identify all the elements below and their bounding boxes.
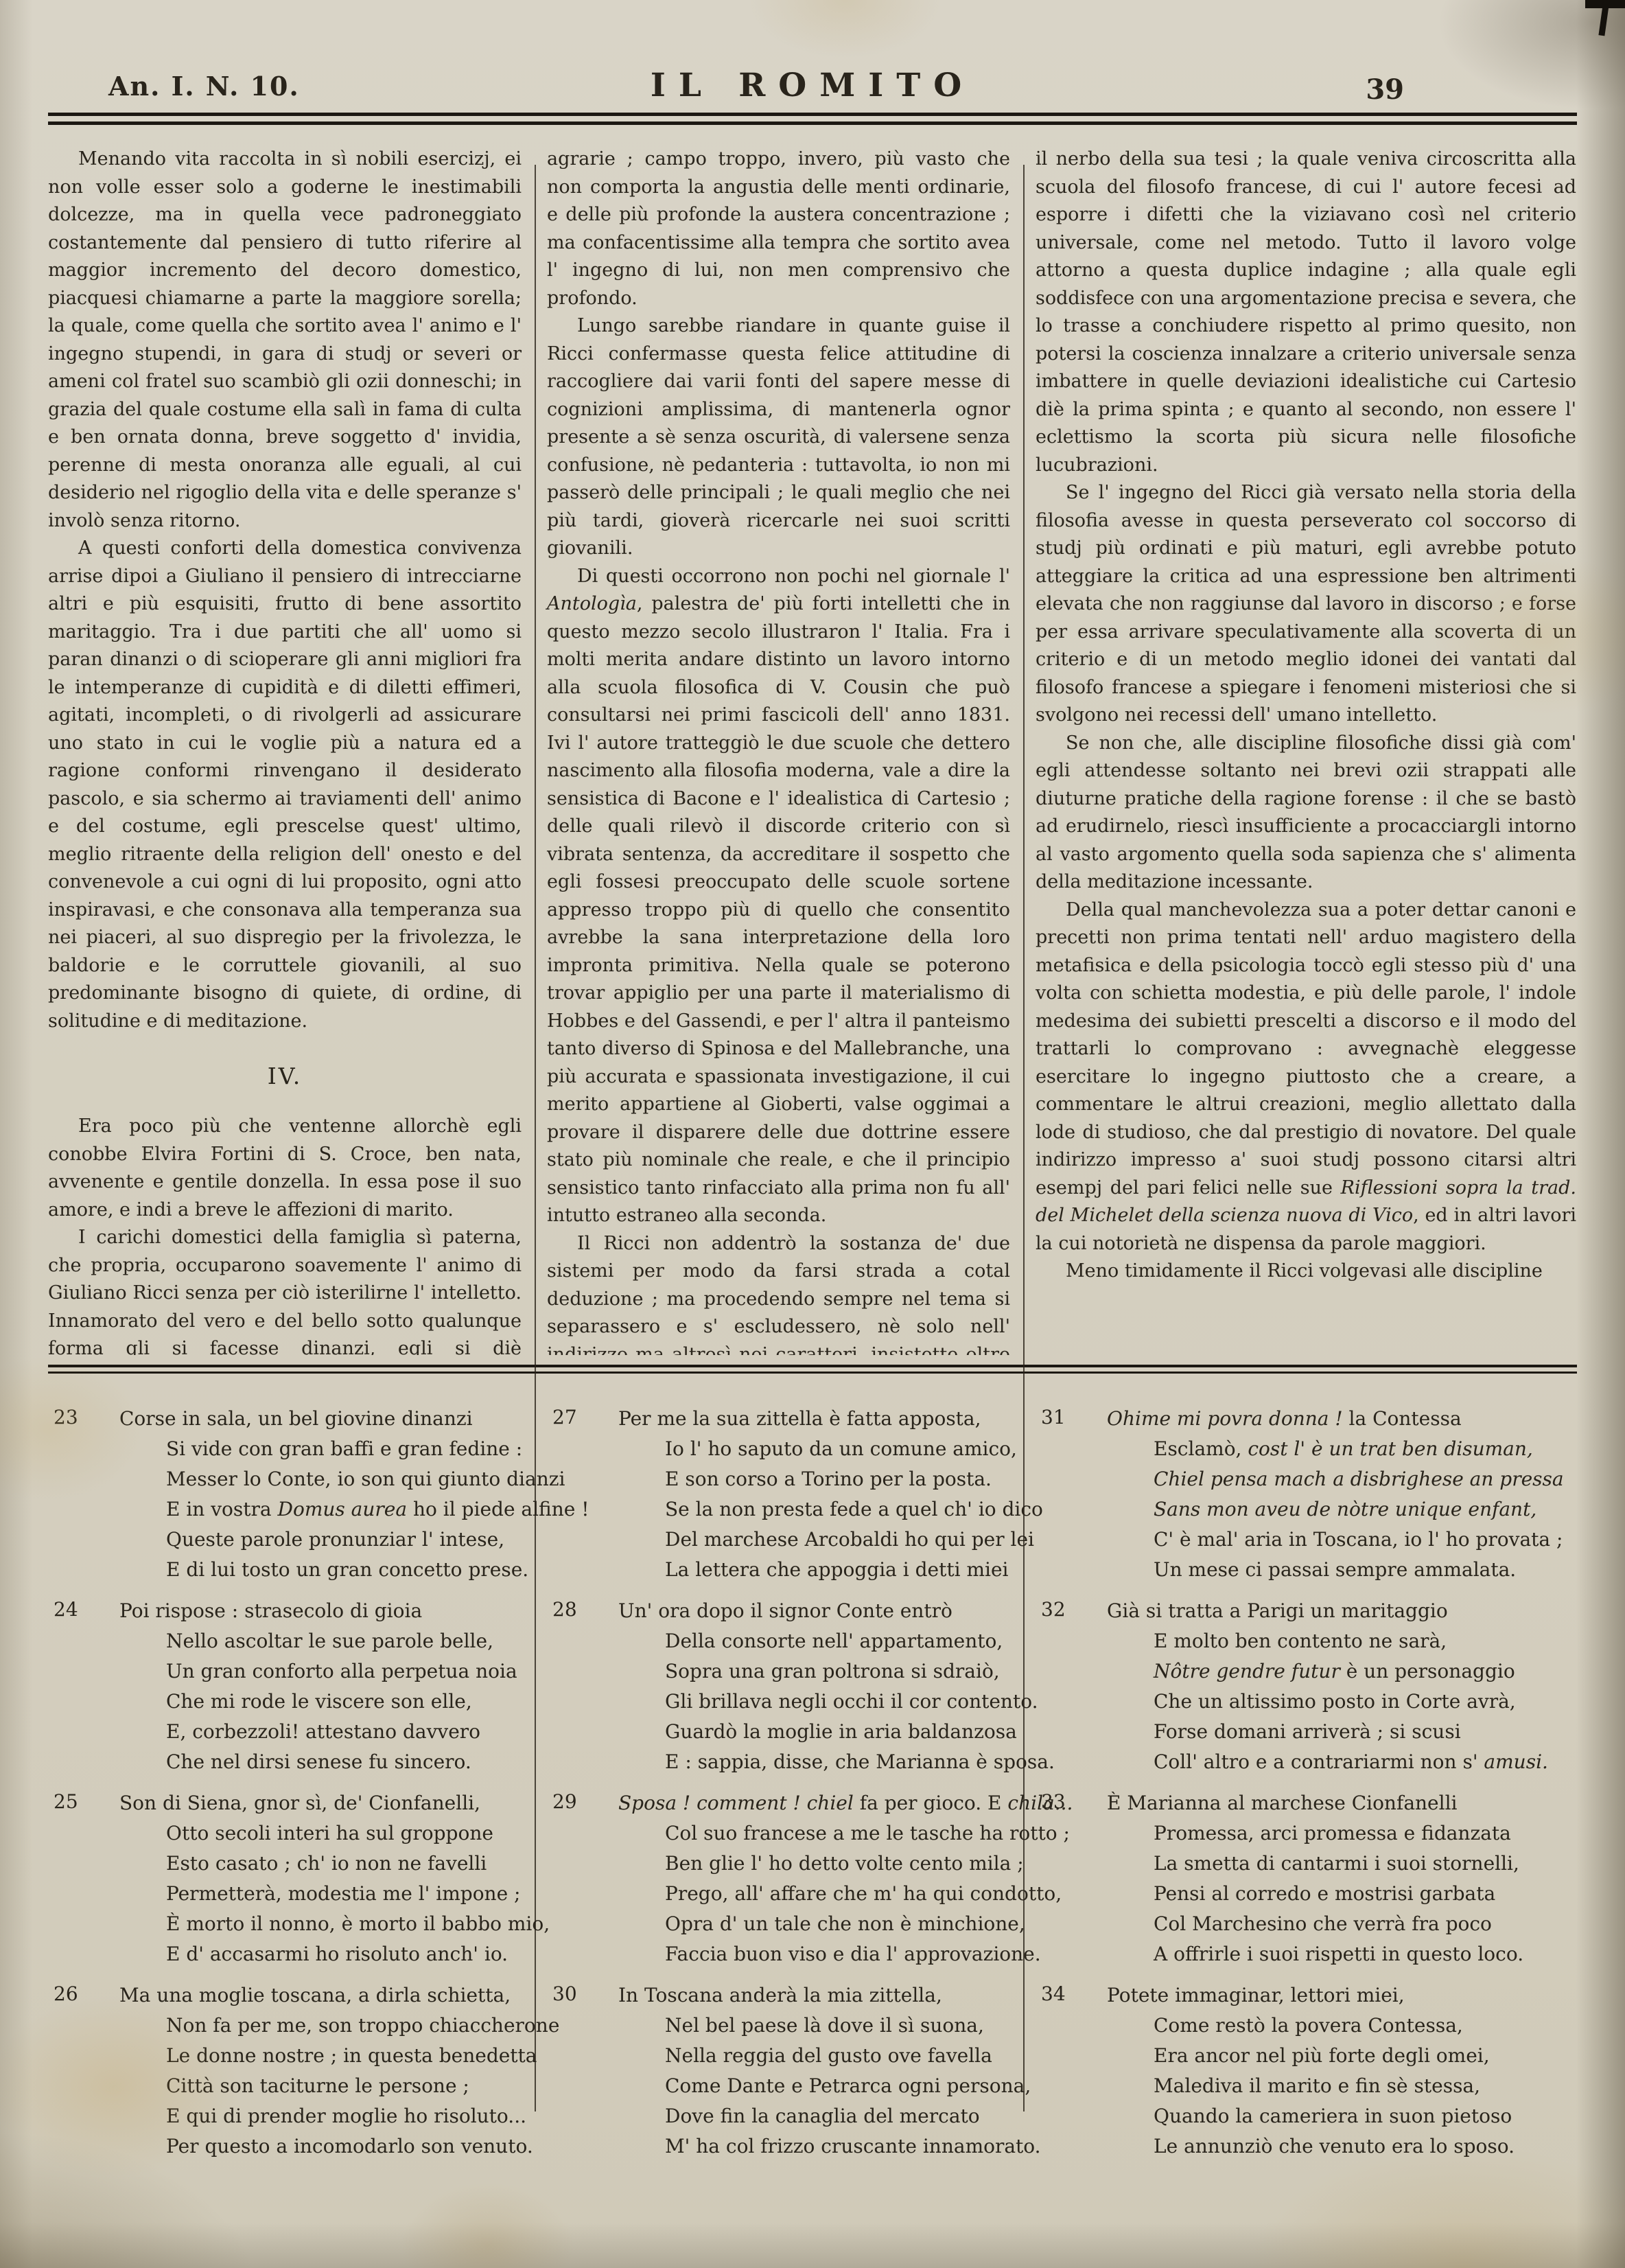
verse-line: La smetta di cantarmi i suoi stornelli, — [1154, 1849, 1576, 1879]
stanza: 32 Già si tratta a Parigi un maritaggio … — [1036, 1596, 1576, 1777]
verse-line: Sopra una gran poltrona si sdraiò, — [665, 1656, 1010, 1687]
verse-line: Guardò la moglie in aria baldanzosa — [665, 1717, 1010, 1747]
verse-line: Si vide con gran baffi e gran fedine : — [166, 1434, 522, 1464]
stanza-number: 24 — [54, 1598, 78, 1621]
verse-line: Ohime mi povra donna ! la Contessa — [1107, 1404, 1576, 1434]
stanza: 34 Potete immaginar, lettori miei, Come … — [1036, 1980, 1576, 2162]
verse-line: Nel bel paese là dove il sì suona, — [665, 2011, 1010, 2041]
verse-column-3: 31 Ohime mi povra donna ! la Contessa Es… — [1036, 1404, 1576, 2173]
newspaper-page: An. I. N. 10. IL ROMITO 39 Menando vita … — [0, 0, 1625, 2268]
verse-line: Per me la sua zittella è fatta apposta, — [618, 1404, 1010, 1434]
column-divider-right — [1023, 165, 1025, 2111]
verse-line: Già si tratta a Parigi un maritaggio — [1107, 1596, 1576, 1626]
verse-line: Permetterà, modestia me l' impone ; — [166, 1879, 522, 1909]
verse-line: Malediva il marito e fin sè stessa, — [1154, 2071, 1576, 2101]
stanza-number: 23 — [54, 1406, 78, 1428]
verse-line: Nella reggia del gusto ove favella — [665, 2041, 1010, 2071]
paragraph: Di questi occorrono non pochi nel giorna… — [547, 563, 1010, 1230]
verse-line: Sposa ! comment ! chiel fa per gioco. E … — [618, 1788, 1010, 1818]
italic-phrase: Nôtre gendre futur — [1154, 1660, 1340, 1682]
italic-phrase: cost l' è un trat ben disuman, — [1248, 1437, 1532, 1460]
verse-line: Chiel pensa mach a disbrighese an pressa — [1154, 1464, 1576, 1494]
verse-line: Per questo a incomodarlo son venuto. — [166, 2131, 522, 2162]
stanza: 26 Ma una moglie toscana, a dirla schiet… — [48, 1980, 522, 2162]
paragraph: Meno timidamente il Ricci volgevasi alle… — [1036, 1258, 1576, 1286]
paragraph: Se l' ingegno del Ricci già versato nell… — [1036, 479, 1576, 730]
verse-line: Che mi rode le viscere son elle, — [166, 1687, 522, 1717]
verse-line: È morto il nonno, è morto il babbo mio, — [166, 1909, 522, 1939]
verse-line: Esclamò, cost l' è un trat ben disuman, — [1154, 1434, 1576, 1464]
verse-line: Potete immaginar, lettori miei, — [1107, 1980, 1576, 2011]
prose-column-2: agrarie ; campo troppo, invero, più vast… — [547, 146, 1010, 1355]
verse-line: A offrirle i suoi rispetti in questo loc… — [1154, 1939, 1576, 1969]
verse-line: Messer lo Conte, io son qui giunto dianz… — [166, 1464, 522, 1494]
stanza: 31 Ohime mi povra donna ! la Contessa Es… — [1036, 1404, 1576, 1585]
stanza-number: 32 — [1041, 1598, 1066, 1621]
verse-line: M' ha col frizzo cruscante innamorato. — [665, 2131, 1010, 2162]
verse-line: Come restò la povera Contessa, — [1154, 2011, 1576, 2041]
verse-line: Che nel dirsi senese fu sincero. — [166, 1747, 522, 1777]
italic-phrase: Antologìa — [547, 593, 637, 614]
verse-line: Le donne nostre ; in questa benedetta — [166, 2041, 522, 2071]
column-divider-left — [535, 165, 536, 2111]
prose-column-1: Menando vita raccolta in sì nobili eserc… — [48, 146, 522, 1355]
verse-line: Io l' ho saputo da un comune amico, — [665, 1434, 1010, 1464]
page-content: An. I. N. 10. IL ROMITO 39 Menando vita … — [48, 40, 1577, 2173]
italic-phrase: Sposa ! comment ! chiel — [618, 1792, 860, 1814]
prose-column-3: il nerbo della sua tesi ; la quale veniv… — [1036, 146, 1576, 1355]
stanza-number: 30 — [552, 1982, 577, 2005]
page-number: 39 — [1366, 73, 1404, 106]
section-heading: IV. — [48, 1063, 522, 1089]
verse-column-1: 23 Corse in sala, un bel giovine dinanzi… — [48, 1404, 522, 2173]
masthead: An. I. N. 10. IL ROMITO 39 — [48, 40, 1577, 106]
stanza-number: 28 — [552, 1598, 577, 1621]
stanza: 25 Son di Siena, gnor sì, de' Cionfanell… — [48, 1788, 522, 1969]
verse-line: Nôtre gendre futur è un personaggio — [1154, 1656, 1576, 1687]
verse-line: Col suo francese a me le tasche ha rotto… — [665, 1818, 1010, 1849]
verse-line: Che un altissimo posto in Corte avrà, — [1154, 1687, 1576, 1717]
verse-line: Città son taciturne le persone ; — [166, 2071, 522, 2101]
paragraph: Era poco più che ventenne allorchè egli … — [48, 1113, 522, 1224]
verse-line: Promessa, arci promessa e fidanzata — [1154, 1818, 1576, 1849]
verse-line: Un mese ci passai sempre ammalata. — [1154, 1555, 1576, 1585]
paragraph: Il Ricci non addentrò la sostanza de' du… — [547, 1230, 1010, 1356]
verse-line: Un gran conforto alla perpetua noia — [166, 1656, 522, 1687]
verse-line: Pensi al corredo e mostrisi garbata — [1154, 1879, 1576, 1909]
verse-line: Son di Siena, gnor sì, de' Cionfanelli, — [119, 1788, 522, 1818]
verse-line: E qui di prender moglie ho risoluto... — [166, 2101, 522, 2131]
verse-line: Dove fin la canaglia del mercato — [665, 2101, 1010, 2131]
paragraph: il nerbo della sua tesi ; la quale veniv… — [1036, 146, 1576, 479]
stanza-number: 34 — [1041, 1982, 1066, 2005]
verse-line: Era ancor nel più forte degli omei, — [1154, 2041, 1576, 2071]
verse-line: La lettera che appoggia i detti miei — [665, 1555, 1010, 1585]
verse-line: Sans mon aveu de nòtre unique enfant, — [1154, 1494, 1576, 1525]
paragraph: Se non che, alle discipline filosofiche … — [1036, 730, 1576, 896]
section-rule — [48, 1365, 1577, 1374]
stanza: 28 Un' ora dopo il signor Conte entrò De… — [547, 1596, 1010, 1777]
verse-line: È Marianna al marchese Cionfanelli — [1107, 1788, 1576, 1818]
stanza-number: 29 — [552, 1790, 577, 1813]
verse-line: Poi rispose : strasecolo di gioia — [119, 1596, 522, 1626]
italic-phrase: Ohime mi povra donna ! — [1107, 1407, 1343, 1430]
verse-line: Se la non presta fede a quel ch' io dico — [665, 1494, 1010, 1525]
stanza-number: 25 — [54, 1790, 78, 1813]
verse-line: Corse in sala, un bel giovine dinanzi — [119, 1404, 522, 1434]
verse-line: Col Marchesino che verrà fra poco — [1154, 1909, 1576, 1939]
verse-line: Non fa per me, son troppo chiaccherone — [166, 2011, 522, 2041]
verse-line: Ben glie l' ho detto volte cento mila ; — [665, 1849, 1010, 1879]
verse-line: E molto ben contento ne sarà, — [1154, 1626, 1576, 1656]
verse-line: Ma una moglie toscana, a dirla schietta, — [119, 1980, 522, 2011]
stanza: 30 In Toscana anderà la mia zittella, Ne… — [547, 1980, 1010, 2162]
stanza-number: 27 — [552, 1406, 577, 1428]
verse-line: Faccia buon viso e dia l' approvazione. — [665, 1939, 1010, 1969]
prose-section: Menando vita raccolta in sì nobili eserc… — [48, 146, 1577, 1355]
verse-column-2: 27 Per me la sua zittella è fatta appost… — [547, 1404, 1010, 2173]
verse-line: Forse domani arriverà ; si scusi — [1154, 1717, 1576, 1747]
stanza: 24 Poi rispose : strasecolo di gioia Nel… — [48, 1596, 522, 1777]
stanza: 29 Sposa ! comment ! chiel fa per gioco.… — [547, 1788, 1010, 1969]
verse-line: E in vostra Domus aurea ho il piede alfi… — [166, 1494, 522, 1525]
paragraph: A questi conforti della domestica conviv… — [48, 535, 522, 1035]
paragraph: Della qual manchevolezza sua a poter det… — [1036, 896, 1576, 1258]
verse-line: Coll' altro e a contrariarmi non s' amus… — [1154, 1747, 1576, 1777]
verse-section: 23 Corse in sala, un bel giovine dinanzi… — [48, 1404, 1577, 2173]
paragraph: Lungo sarebbe riandare in quante guise i… — [547, 312, 1010, 563]
verse-line: Della consorte nell' appartamento, — [665, 1626, 1010, 1656]
stanza: 33 È Marianna al marchese Cionfanelli Pr… — [1036, 1788, 1576, 1969]
paragraph: agrarie ; campo troppo, invero, più vast… — [547, 146, 1010, 312]
verse-line: E di lui tosto un gran concetto prese. — [166, 1555, 522, 1585]
stanza-number: 33 — [1041, 1790, 1066, 1813]
verse-line: Le annunziò che venuto era lo sposo. — [1154, 2131, 1576, 2162]
verse-line: E, corbezzoli! attestano davvero — [166, 1717, 522, 1747]
stanza-number: 31 — [1041, 1406, 1066, 1428]
verse-line: E d' accasarmi ho risoluto anch' io. — [166, 1939, 522, 1969]
verse-line: C' è mal' aria in Toscana, io l' ho prov… — [1154, 1525, 1576, 1555]
verse-line: Nello ascoltar le sue parole belle, — [166, 1626, 522, 1656]
verse-line: Gli brillava negli occhi il cor contento… — [665, 1687, 1010, 1717]
verse-line: E : sappia, disse, che Marianna è sposa. — [665, 1747, 1010, 1777]
italic-phrase: amusi. — [1484, 1750, 1548, 1773]
verse-line: E son corso a Torino per la posta. — [665, 1464, 1010, 1494]
verse-line: Otto secoli interi ha sul groppone — [166, 1818, 522, 1849]
verse-line: Prego, all' affare che m' ha qui condott… — [665, 1879, 1010, 1909]
verse-line: Quando la cameriera in suon pietoso — [1154, 2101, 1576, 2131]
verse-line: In Toscana anderà la mia zittella, — [618, 1980, 1010, 2011]
verse-line: Un' ora dopo il signor Conte entrò — [618, 1596, 1010, 1626]
stanza: 23 Corse in sala, un bel giovine dinanzi… — [48, 1404, 522, 1585]
header-rule — [48, 113, 1577, 125]
italic-phrase: Domus aurea — [278, 1498, 408, 1520]
stanza-number: 26 — [54, 1982, 78, 2005]
verse-line: Opra d' un tale che non è minchione, — [665, 1909, 1010, 1939]
verse-line: Come Dante e Petrarca ogni persona, — [665, 2071, 1010, 2101]
verse-line: Del marchese Arcobaldi ho qui per lei — [665, 1525, 1010, 1555]
paragraph: Menando vita raccolta in sì nobili eserc… — [48, 146, 522, 535]
masthead-title: IL ROMITO — [48, 67, 1577, 104]
paragraph: I carichi domestici della famiglia sì pa… — [48, 1224, 522, 1355]
verse-line: Esto casato ; ch' io non ne favelli — [166, 1849, 522, 1879]
verse-line: Queste parole pronunziar l' intese, — [166, 1525, 522, 1555]
stanza: 27 Per me la sua zittella è fatta appost… — [547, 1404, 1010, 1585]
